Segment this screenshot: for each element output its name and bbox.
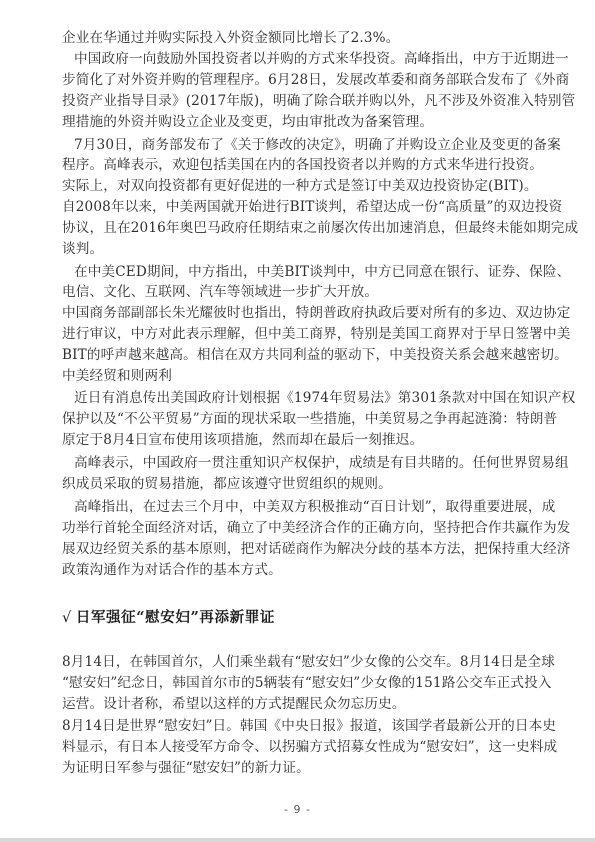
page-number: - 9 - bbox=[0, 803, 595, 816]
paragraph-line: BIT的呼声越来越高。相信在双方共同利益的驱动下，中美投资关系会越来越密切。 bbox=[62, 346, 537, 364]
paragraph-line: 7月30日，商务部发布了《关于修改的决定》，明确了并购设立企业及变更的备案 bbox=[74, 136, 549, 154]
paragraph-line: “慰安妇”纪念日，韩国首尔市的5辆装有“慰安妇”少女像的151路公交车正式投入 bbox=[62, 674, 537, 692]
paragraph-line: 理措施的外资并购设立企业及变更，均由审批改为备案管理。 bbox=[62, 113, 537, 131]
paragraph-line: 高峰表示，中国政府一贯注重知识产权保护，成绩是有目共睹的。任何世界贸易组 bbox=[74, 454, 549, 472]
page-bottom-edge bbox=[0, 838, 595, 842]
paragraph-line: 中国商务部副部长朱光耀彼时也指出，特朗普政府执政后要对所有的多边、双边协定 bbox=[62, 304, 537, 322]
paragraph-line: 自2008年以来，中美两国就开始进行BIT谈判，希望达成一份“高质量”的双边投资 bbox=[62, 198, 537, 216]
checkmark-icon: √ bbox=[62, 608, 72, 628]
paragraph-line: 企业在华通过并购实际投入外资金额同比增长了2.3%。 bbox=[62, 29, 537, 47]
paragraph-line: 8月14日是世界“慰安妇”日。韩国《中央日报》报道，该国学者最新公开的日本史 bbox=[62, 717, 537, 735]
paragraph-line: 电信、文化、互联网、汽车等领域进一步扩大开放。 bbox=[62, 283, 537, 301]
paragraph-line: 程序。高峰表示，欢迎包括美国在内的各国投资者以并购的方式来华进行投资。 bbox=[62, 156, 537, 174]
paragraph-line: 进行审议，中方对此表示理解，但中美工商界，特别是美国工商界对于早日签署中美 bbox=[62, 325, 537, 343]
paragraph-line: 协议，且在2016年奥巴马政府任期结束之前屡次传出加速消息，但最终未能如期完成 bbox=[62, 219, 537, 237]
document-page: 企业在华通过并购实际投入外资金额同比增长了2.3%。 中国政府一向鼓励外国投资者… bbox=[0, 0, 595, 842]
paragraph-line: 为证明日军参与强征“慰安妇”的新力证。 bbox=[62, 759, 537, 777]
paragraph-line: 运营。设计者称，希望以这样的方式提醒民众勿忘历史。 bbox=[62, 695, 537, 713]
paragraph-line: 谈判。 bbox=[62, 240, 537, 258]
section-heading-text: 日军强征“慰安妇”再添新罪证 bbox=[76, 609, 275, 626]
paragraph-line: 8月14日，在韩国首尔，人们乘坐载有“慰安妇”少女像的公交车。8月14日是全球 bbox=[62, 653, 537, 671]
paragraph-line: 料显示，有日本人接受军方命令、以拐骗方式招募女性成为“慰安妇”，这一史料成 bbox=[62, 738, 537, 756]
paragraph-line: 保护以及“不公平贸易”方面的现状采取一些措施，中美贸易之争再起涟漪：特朗普 bbox=[62, 410, 537, 428]
paragraph-line: 功举行首轮全面经济对话，确立了中美经济合作的正确方向，坚持把合作共赢作为发 bbox=[62, 519, 537, 537]
paragraph-line: 高峰指出，在过去三个月中，中美双方积极推动“百日计划”，取得重要进展，成 bbox=[74, 498, 549, 516]
section-heading: √日军强征“慰安妇”再添新罪证 bbox=[62, 608, 275, 628]
paragraph-line: 中国政府一向鼓励外国投资者以并购的方式来华投资。高峰指出，中方于近期进一 bbox=[74, 50, 549, 68]
paragraph-line: 在中美CED期间，中方指出，中美BIT谈判中，中方已同意在银行、证券、保险、 bbox=[74, 263, 549, 281]
paragraph-line: 近日有消息传出美国政府计划根据《1974年贸易法》第301条款对中国在知识产权 bbox=[74, 389, 549, 407]
paragraph-line: 织成员采取的贸易措施，都应该遵守世贸组织的规则。 bbox=[62, 475, 537, 493]
paragraph-line: 政策沟通作为对话合作的基本方式。 bbox=[62, 561, 537, 579]
subheading-line: 中美经贸和则两利 bbox=[62, 367, 537, 385]
paragraph-line: 投资产业指导目录》(2017年版)，明确了除合联并购以外，凡不涉及外资准入特别管 bbox=[62, 92, 537, 110]
paragraph-line: 步简化了对外资并购的管理程序。6月28日，发展改革委和商务部联合发布了《外商 bbox=[62, 71, 537, 89]
paragraph-line: 原定于8月4日宣布使用该项措施，然而却在最后一刻推迟。 bbox=[62, 431, 537, 449]
paragraph-line: 展双边经贸关系的基本原则，把对话磋商作为解决分歧的基本方法，把保持重大经济 bbox=[62, 540, 537, 558]
paragraph-line: 实际上，对双向投资都有更好促进的一种方式是签订中美双边投资协定(BIT)。 bbox=[62, 177, 537, 195]
